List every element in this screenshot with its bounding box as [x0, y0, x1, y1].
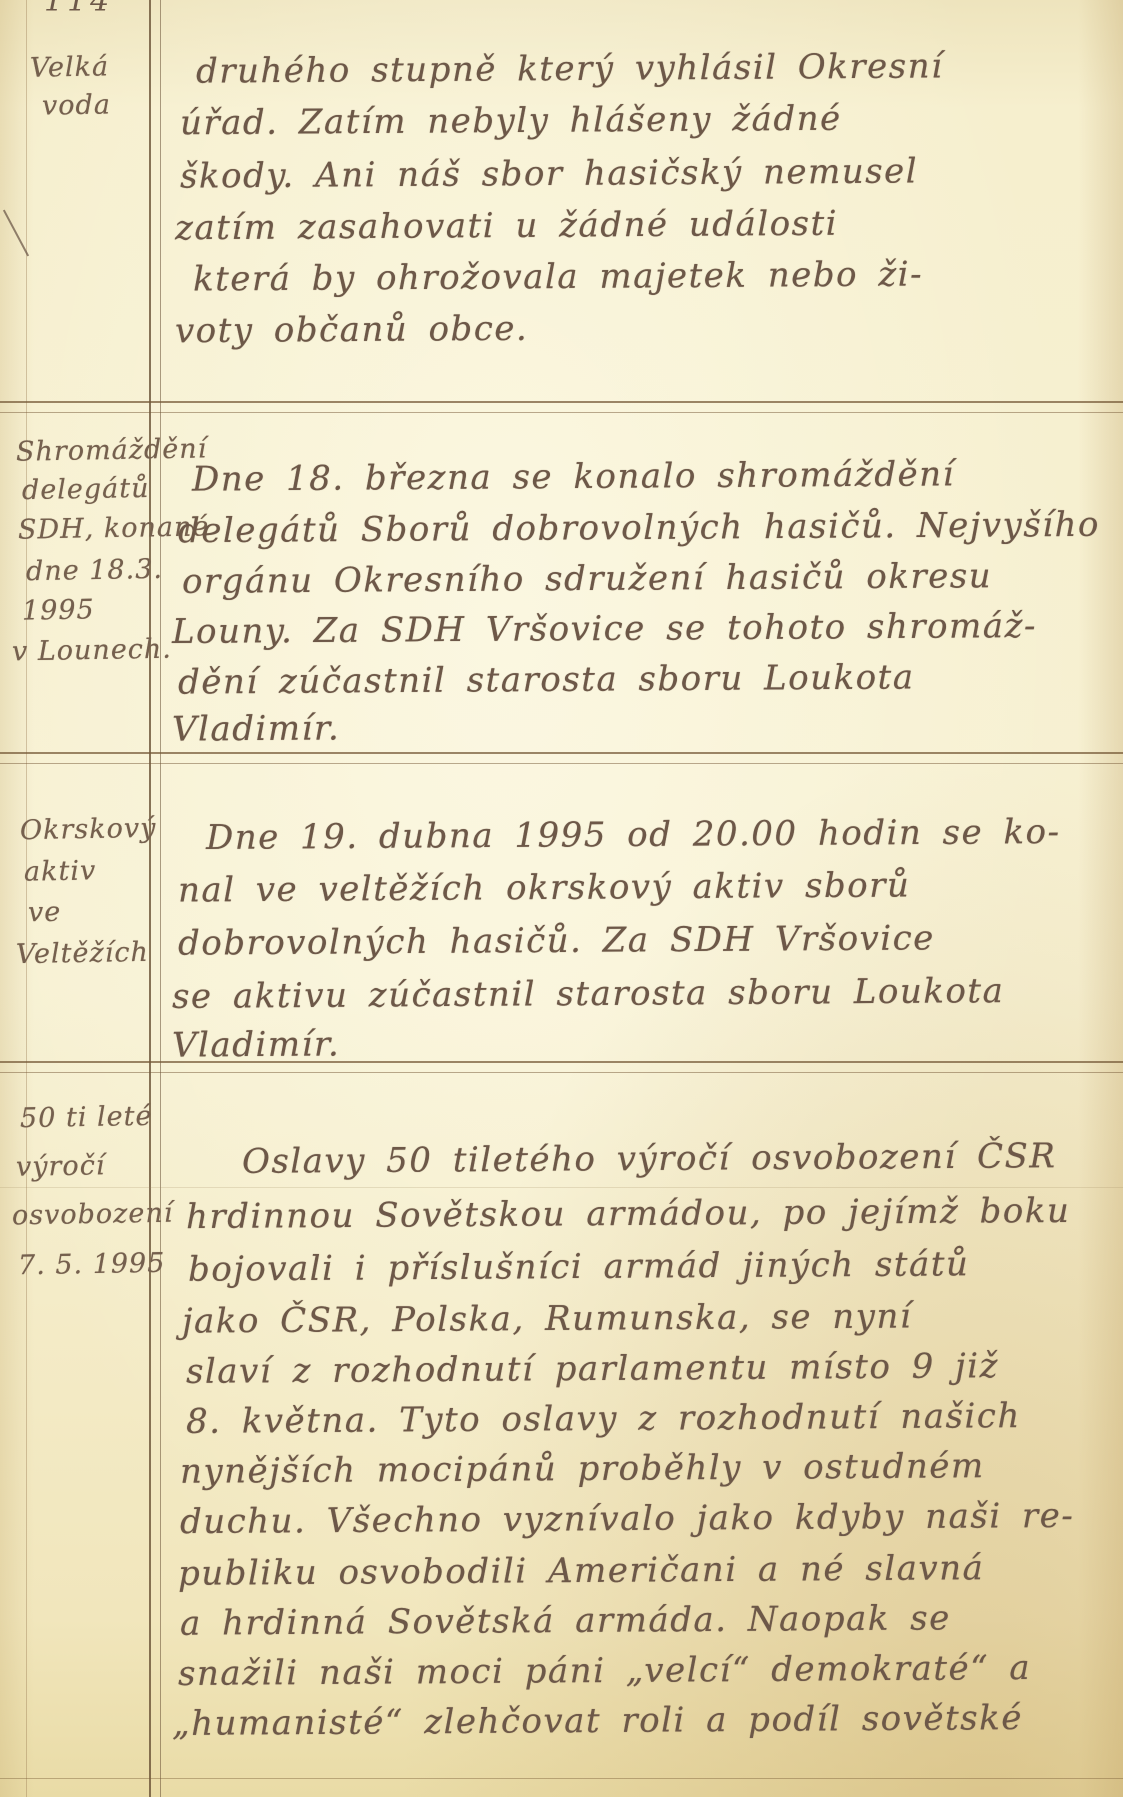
section-divider	[0, 752, 1123, 764]
text-line: slaví z rozhodnutí parlamentu místo 9 ji…	[186, 1349, 999, 1389]
text-line: publiku osvobodili Američani a né slavná	[178, 1551, 985, 1591]
text-line: jako ČSR, Polska, Rumunska, se nyní	[182, 1299, 912, 1338]
text-line: dění zúčastnil starosta sboru Loukota	[178, 660, 915, 699]
margin-note-line: osvobození	[12, 1200, 174, 1230]
margin-note-line: Veltěžích	[16, 939, 149, 968]
margin-note-line: 50 ti leté	[20, 1103, 153, 1132]
text-line: která by ohrožovala majetek nebo ži-	[193, 257, 923, 296]
text-line: duchu. Všechno vyznívalo jako kdyby naši…	[180, 1499, 1075, 1539]
text-line: Vladimír.	[172, 1027, 341, 1062]
margin-note-line: delegátů	[22, 475, 150, 504]
text-line: hrdinnou Sovětskou armádou, po jejímž bo…	[186, 1194, 1071, 1234]
text-line: bojovali i příslušníci armád jiných stát…	[188, 1247, 970, 1286]
chronicle-page: 114 Velká voda druhého stupně který vyhl…	[0, 0, 1123, 1797]
text-line: „humanisté“ zlehčovat roli a podíl sovět…	[172, 1701, 1023, 1741]
text-line: nynějších mocipánů proběhly v ostudném	[180, 1449, 985, 1489]
margin-rule	[149, 0, 161, 1797]
text-line: nal ve veltěžích okrskový aktiv sborů	[178, 868, 911, 907]
text-line: dobrovolných hasičů. Za SDH Vršovice	[178, 921, 935, 960]
margin-note-line: ve	[28, 899, 62, 927]
text-line: zatím zasahovati u žádné události	[175, 207, 838, 246]
margin-note-line: 7. 5. 1995	[18, 1250, 166, 1280]
text-line: Oslavy 50 tiletého výročí osvobození ČSR	[242, 1139, 1057, 1179]
text-line: úřad. Zatím nebyly hlášeny žádné	[180, 102, 842, 141]
text-line: Dne 19. dubna 1995 od 20.00 hodin se ko-	[206, 815, 1061, 855]
text-line: voty občanů obce.	[175, 312, 528, 348]
text-line: se aktivu zúčastnil starosta sboru Louko…	[172, 974, 1004, 1014]
paper-crease	[0, 1187, 1123, 1188]
text-line: delegátů Sborů dobrovolných hasičů. Nejv…	[178, 508, 1100, 548]
text-line: a hrdinná Sovětská armáda. Naopak se	[180, 1601, 951, 1640]
text-line: druhého stupně který vyhlásil Okresní	[196, 49, 944, 88]
text-line: Vladimír.	[172, 711, 341, 746]
margin-note-line: 1995	[22, 596, 95, 624]
bottom-rule	[0, 1778, 1123, 1779]
page-number-partial: 114	[44, 0, 113, 19]
margin-note-line: Velká	[30, 53, 110, 81]
section-divider	[0, 401, 1123, 413]
margin-note-line: v Lounech.	[12, 636, 172, 666]
margin-note-line: dne 18.3.	[26, 556, 163, 585]
margin-note-line: aktiv	[24, 857, 97, 885]
margin-note-line: výročí	[16, 1152, 106, 1181]
margin-note-line: Okrskový	[20, 815, 157, 844]
text-line: Louny. Za SDH Vršovice se tohoto shromáž…	[172, 609, 1037, 649]
text-line: 8. května. Tyto oslavy z rozhodnutí naši…	[186, 1399, 1021, 1439]
text-line: snažili naši moci páni „velcí“ demokraté…	[178, 1651, 1031, 1691]
text-line: Dne 18. března se konalo shromáždění	[192, 457, 955, 496]
margin-note-line: voda	[42, 91, 111, 119]
text-line: orgánu Okresního sdružení hasičů okresu	[182, 559, 992, 599]
text-line: škody. Ani náš sbor hasičský nemusel	[180, 154, 918, 193]
section-divider	[0, 1061, 1123, 1073]
margin-note-line: Shromáždění	[16, 435, 208, 465]
